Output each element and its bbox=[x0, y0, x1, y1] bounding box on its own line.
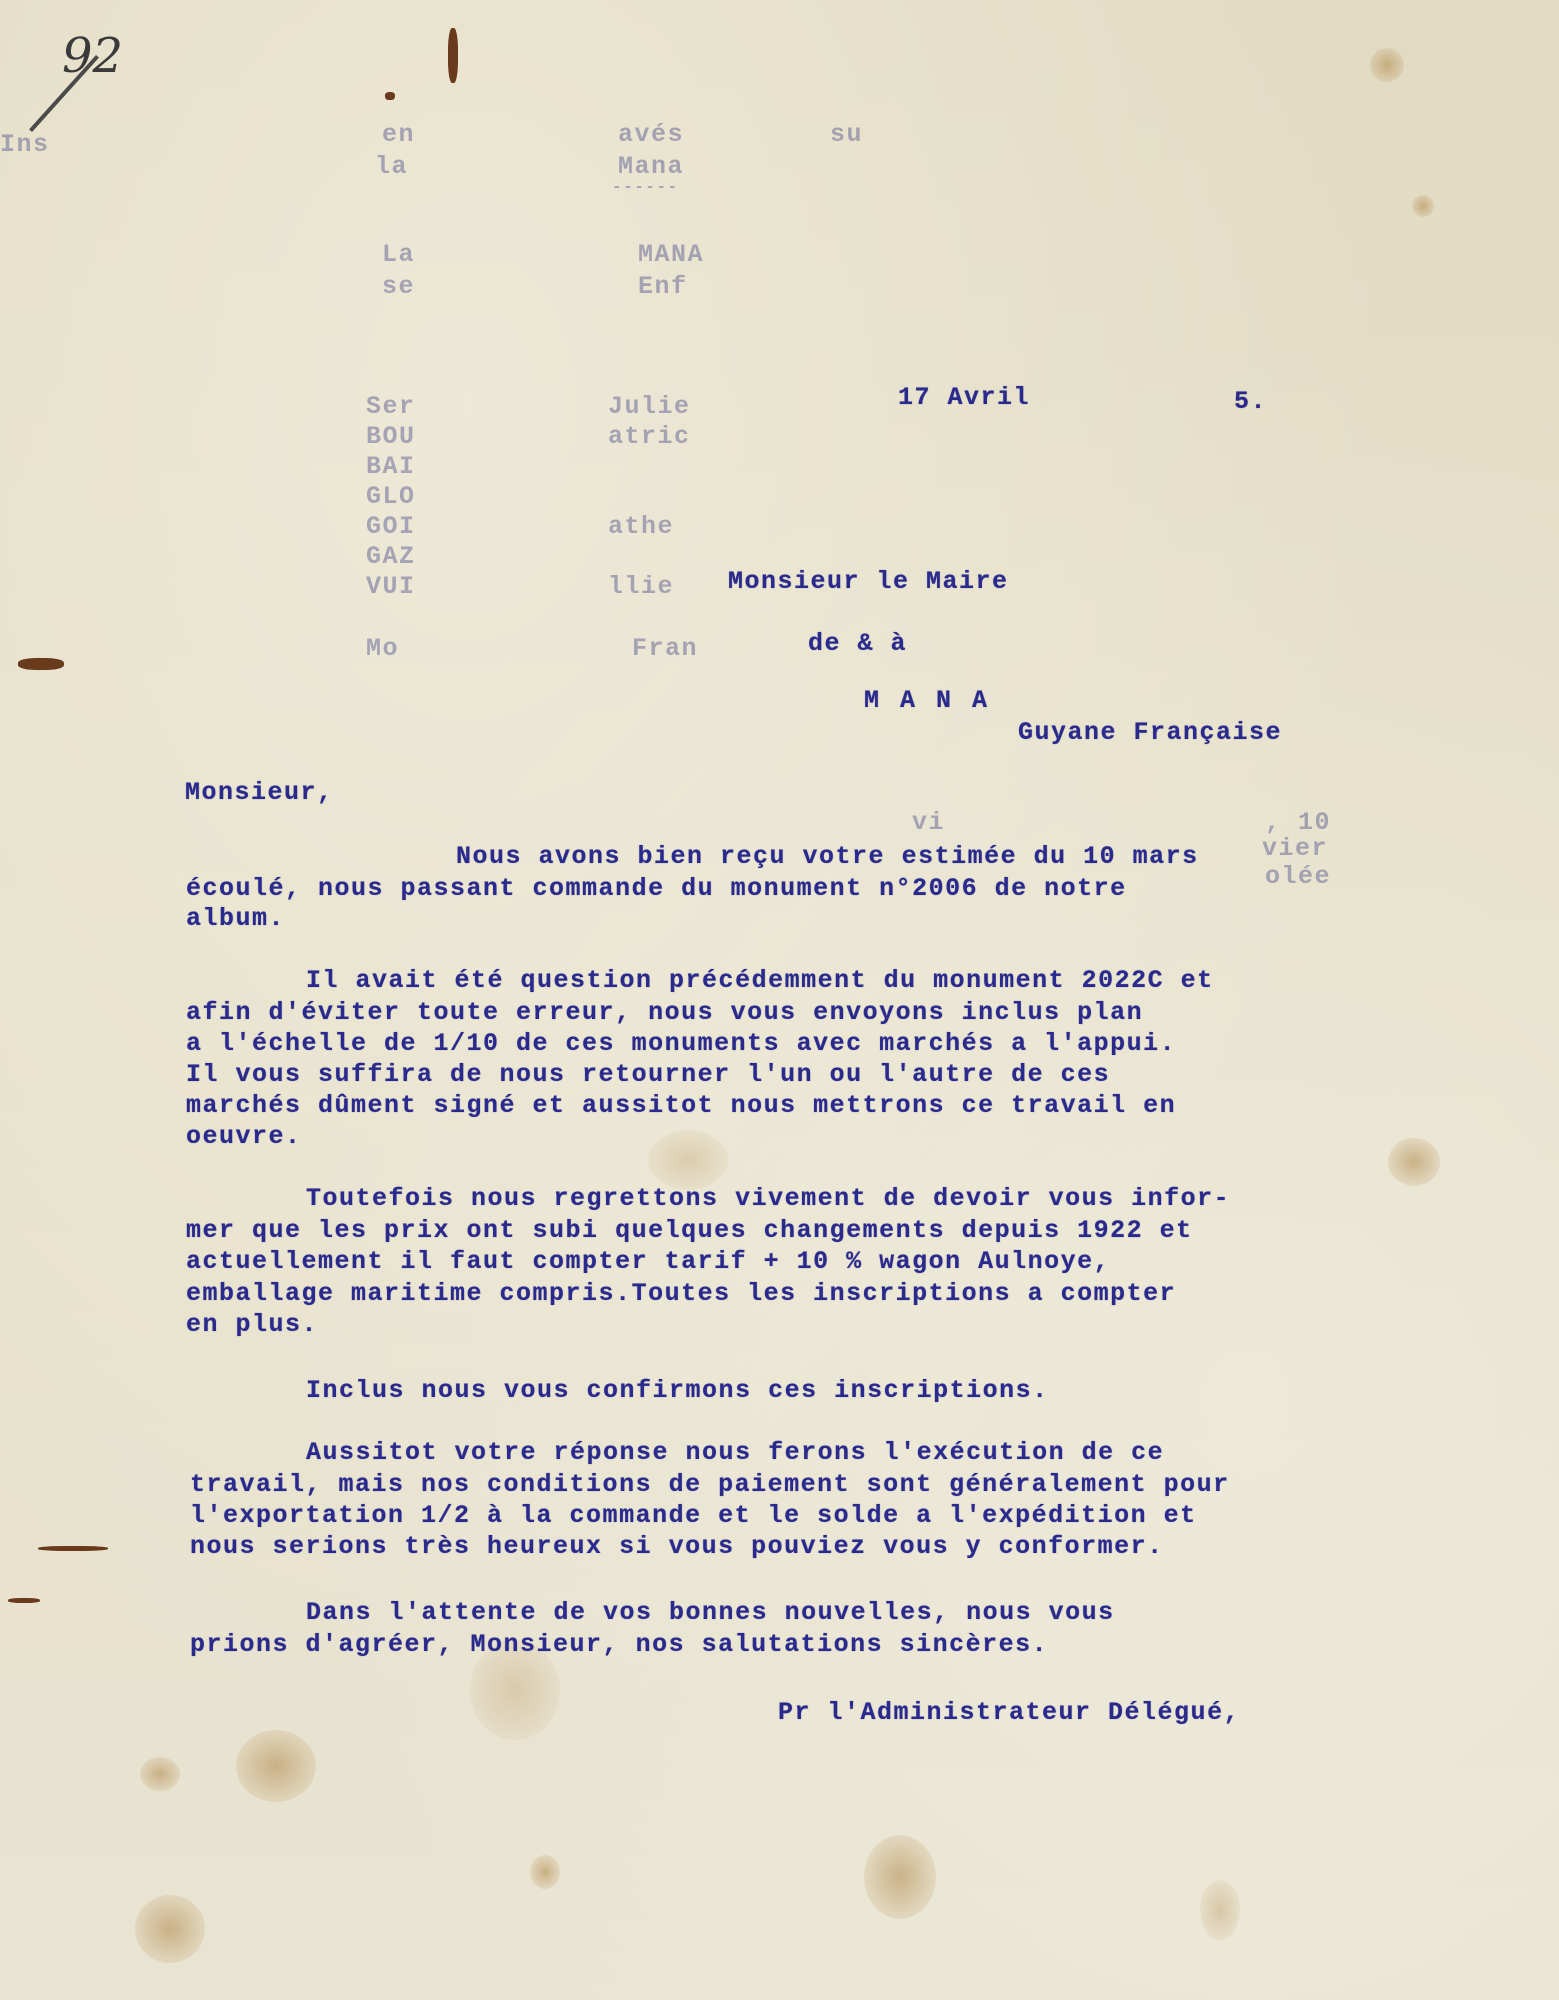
recipient-city: M A N A bbox=[864, 686, 990, 715]
letterhead-rule: ------ bbox=[612, 178, 679, 196]
recipient-line: Monsieur le Maire bbox=[728, 567, 1009, 596]
paragraph-line: prions d'agréer, Monsieur, nos salutatio… bbox=[190, 1630, 1048, 1659]
letterhead-name: BOU bbox=[366, 422, 416, 451]
recipient-country: Guyane Française bbox=[1018, 718, 1282, 747]
paragraph-line: afin d'éviter toute erreur, nous vous en… bbox=[186, 998, 1143, 1027]
letterhead-name: BAI bbox=[366, 452, 416, 481]
paragraph-line: écoulé, nous passant commande du monumen… bbox=[186, 874, 1127, 903]
letterhead-fragment: La bbox=[382, 240, 415, 269]
bleed-through-text: vier bbox=[1262, 834, 1328, 863]
paragraph-line: actuellement il faut compter tarif + 10 … bbox=[186, 1247, 1110, 1276]
paragraph-line: Aussitot votre réponse nous ferons l'exé… bbox=[306, 1438, 1164, 1467]
recipient-line: de & à bbox=[808, 629, 907, 658]
letterhead-name: Fran bbox=[632, 634, 698, 663]
paragraph-line: album. bbox=[186, 904, 285, 933]
letterhead-name: atric bbox=[608, 422, 691, 451]
letterhead-name: GAZ bbox=[366, 542, 416, 571]
rust-mark bbox=[8, 1598, 40, 1603]
rust-mark bbox=[385, 92, 395, 100]
rust-mark bbox=[38, 1546, 108, 1551]
letterhead-fragment: en bbox=[382, 120, 415, 149]
paragraph-line: Il avait été question précédemment du mo… bbox=[306, 966, 1214, 995]
paragraph-line: Toutefois nous regrettons vivement de de… bbox=[306, 1184, 1230, 1213]
paragraph-line: oeuvre. bbox=[186, 1122, 302, 1151]
bleed-through-text: olée bbox=[1265, 862, 1331, 891]
handwritten-number: 92 bbox=[62, 28, 123, 84]
signature-line: Pr l'Administrateur Délégué, bbox=[778, 1698, 1240, 1727]
paragraph-line: emballage maritime compris.Toutes les in… bbox=[186, 1279, 1176, 1308]
paragraph-line: travail, mais nos conditions de paiement… bbox=[190, 1470, 1230, 1499]
stain bbox=[135, 1895, 205, 1963]
paragraph-line: Il vous suffira de nous retourner l'un o… bbox=[186, 1060, 1110, 1089]
paragraph-line: nous serions très heureux si vous pouvie… bbox=[190, 1532, 1164, 1561]
stain bbox=[648, 1130, 728, 1190]
letterhead-fragment: Mana bbox=[618, 152, 684, 181]
stain bbox=[236, 1730, 316, 1802]
stain bbox=[530, 1855, 560, 1889]
letterhead-name: Ser bbox=[366, 392, 416, 421]
stain bbox=[1388, 1138, 1440, 1186]
letterhead-name: GLO bbox=[366, 482, 416, 511]
stain bbox=[1370, 48, 1404, 82]
letterhead-name: athe bbox=[608, 512, 674, 541]
paragraph-line: l'exportation 1/2 à la commande et le so… bbox=[190, 1501, 1197, 1530]
letterhead-fragment: Enf bbox=[638, 272, 688, 301]
stain bbox=[140, 1757, 180, 1791]
letterhead-name: VUI bbox=[366, 572, 416, 601]
bleed-through-text: , 10 bbox=[1265, 808, 1331, 837]
rust-mark bbox=[18, 658, 64, 670]
letterhead-fragment: avés bbox=[618, 120, 684, 149]
rust-mark bbox=[448, 28, 458, 83]
letterhead-fragment: su bbox=[830, 120, 863, 149]
paragraph-line: a l'échelle de 1/10 de ces monuments ave… bbox=[186, 1029, 1176, 1058]
letterhead-fragment: se bbox=[382, 272, 415, 301]
stain bbox=[1412, 195, 1434, 217]
letterhead-fragment: MANA bbox=[638, 240, 704, 269]
paragraph-line: Nous avons bien reçu votre estimée du 10… bbox=[456, 842, 1199, 871]
stain bbox=[1200, 1880, 1240, 1940]
letterhead-fragment: la bbox=[375, 152, 408, 181]
salutation: Monsieur, bbox=[185, 778, 334, 807]
letterhead-name: llie bbox=[608, 572, 674, 601]
paragraph-line: marchés dûment signé et aussitot nous me… bbox=[186, 1091, 1176, 1120]
letterhead-fragment: Ins bbox=[0, 130, 50, 159]
letterhead-name: Mo bbox=[366, 634, 399, 663]
bleed-through-text: vi bbox=[912, 808, 945, 837]
document-page: 92 Ins en la La se avés Mana ------ MANA… bbox=[0, 0, 1559, 2000]
stain bbox=[864, 1835, 936, 1919]
date-day-month: 17 Avril bbox=[898, 383, 1030, 412]
date-year-fragment: 5. bbox=[1234, 387, 1267, 416]
paragraph-line: mer que les prix ont subi quelques chang… bbox=[186, 1216, 1193, 1245]
paragraph-line: Inclus nous vous confirmons ces inscript… bbox=[306, 1376, 1049, 1405]
letterhead-name: Julie bbox=[608, 392, 691, 421]
paragraph-line: Dans l'attente de vos bonnes nouvelles, … bbox=[306, 1598, 1115, 1627]
paragraph-line: en plus. bbox=[186, 1310, 318, 1339]
letterhead-name: GOI bbox=[366, 512, 416, 541]
